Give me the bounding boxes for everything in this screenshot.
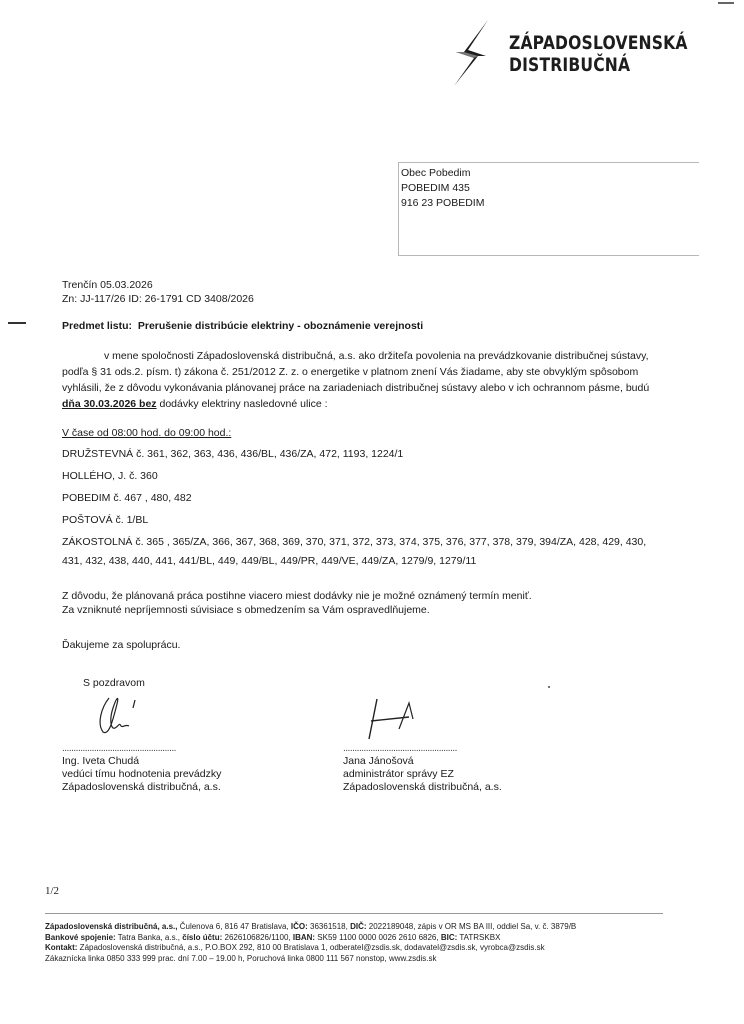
signature-chuda [95,690,155,740]
subject-line: Predmet listu: Prerušenie distribúcie el… [62,320,423,333]
scan-speck [548,686,550,688]
subject-label: Predmet listu: [62,320,132,332]
fold-mark [8,322,26,324]
signature-janosova [365,695,435,745]
recipient-address-box: Obec Pobedim POBEDIM 435 916 23 POBEDIM [398,162,699,256]
signatory-company: Západoslovenská distribučná, a.s. [62,781,221,794]
lightning-bolt-icon [452,18,492,88]
signatory-2: ........................................… [343,743,502,794]
street-item-zakostolna: ZÁKOSTOLNÁ č. 365 , 365/ZA, 366, 367, 36… [62,536,646,568]
place-date: Trenčín 05.03.2026 [62,279,153,292]
recipient-line1: Obec Pobedim [399,166,699,181]
signatory-role: administrátor správy EZ [343,768,502,781]
logo-line1: ZÁPADOSLOVENSKÁ [509,32,688,54]
street-item: POBEDIM č. 467 , 480, 482 [62,492,646,514]
street-item: HOLLÉHO, J. č. 360 [62,470,646,492]
signatory-company: Západoslovenská distribučná, a.s. [343,781,502,794]
street-list: DRUŽSTEVNÁ č. 361, 362, 363, 436, 436/BL… [62,448,646,568]
scan-mark [718,2,734,4]
footer-line2: Bankové spojenie: Tatra Banka, a.s., čís… [45,933,576,944]
signatory-1: ........................................… [62,743,221,794]
company-logo: ZÁPADOSLOVENSKÁ DISTRIBUČNÁ [452,18,692,88]
signatory-name: Jana Jánošová [343,755,502,768]
footer-line1: Západoslovenská distribučná, a.s., Čulen… [45,922,576,933]
outage-date: dňa 30.03.2026 bez [62,398,157,410]
recipient-line3: 916 23 POBEDIM [399,196,699,211]
page-number: 1/2 [45,885,59,897]
logo-line2: DISTRIBUČNÁ [509,54,630,76]
greeting: S pozdravom [83,677,145,690]
footer-line3: Kontakt: Západoslovenská distribučná, a.… [45,943,576,954]
closing-line2: Za vzniknuté nepríjemnosti súvisiace s o… [62,604,430,617]
zakostolna-line2: 431, 432, 438, 440, 441, 441/BL, 449, 44… [62,555,646,568]
intro-line1: v mene spoločnosti Západoslovenská distr… [62,348,702,364]
intro-line3: vyhlásili, že z dôvodu vykonávania pláno… [62,380,702,396]
intro-line4: dňa 30.03.2026 bez dodávky elektriny nas… [62,396,702,412]
signatory-role: vedúci tímu hodnotenia prevádzky [62,768,221,781]
footer: Západoslovenská distribučná, a.s., Čulen… [45,922,576,964]
zakostolna-line1: ZÁKOSTOLNÁ č. 365 , 365/ZA, 366, 367, 36… [62,536,646,555]
street-item: POŠTOVÁ č. 1/BL [62,514,646,536]
intro-line2: podľa § 31 ods.2. písm. t) zákona č. 251… [62,364,702,380]
signature-line: ........................................… [343,743,502,755]
closing-line1: Z dôvodu, že plánovaná práca postihne vi… [62,590,532,603]
footer-line4: Zákaznícka linka 0850 333 999 prac. dní … [45,954,576,965]
subject-text: Prerušenie distribúcie elektriny - obozn… [138,320,423,332]
signatory-name: Ing. Iveta Chudá [62,755,221,768]
footer-divider [45,913,663,914]
thanks: Ďakujeme za spoluprácu. [62,639,180,652]
intro-line4-rest: dodávky elektriny nasledovné ulice : [157,398,328,410]
outage-time-window: V čase od 08:00 hod. do 09:00 hod.: [62,427,231,440]
signature-line: ........................................… [62,743,221,755]
street-item: DRUŽSTEVNÁ č. 361, 362, 363, 436, 436/BL… [62,448,646,470]
intro-paragraph: v mene spoločnosti Západoslovenská distr… [62,348,702,412]
reference-number: Zn: JJ-117/26 ID: 26-1791 CD 3408/2026 [62,293,254,306]
recipient-line2: POBEDIM 435 [399,181,699,196]
